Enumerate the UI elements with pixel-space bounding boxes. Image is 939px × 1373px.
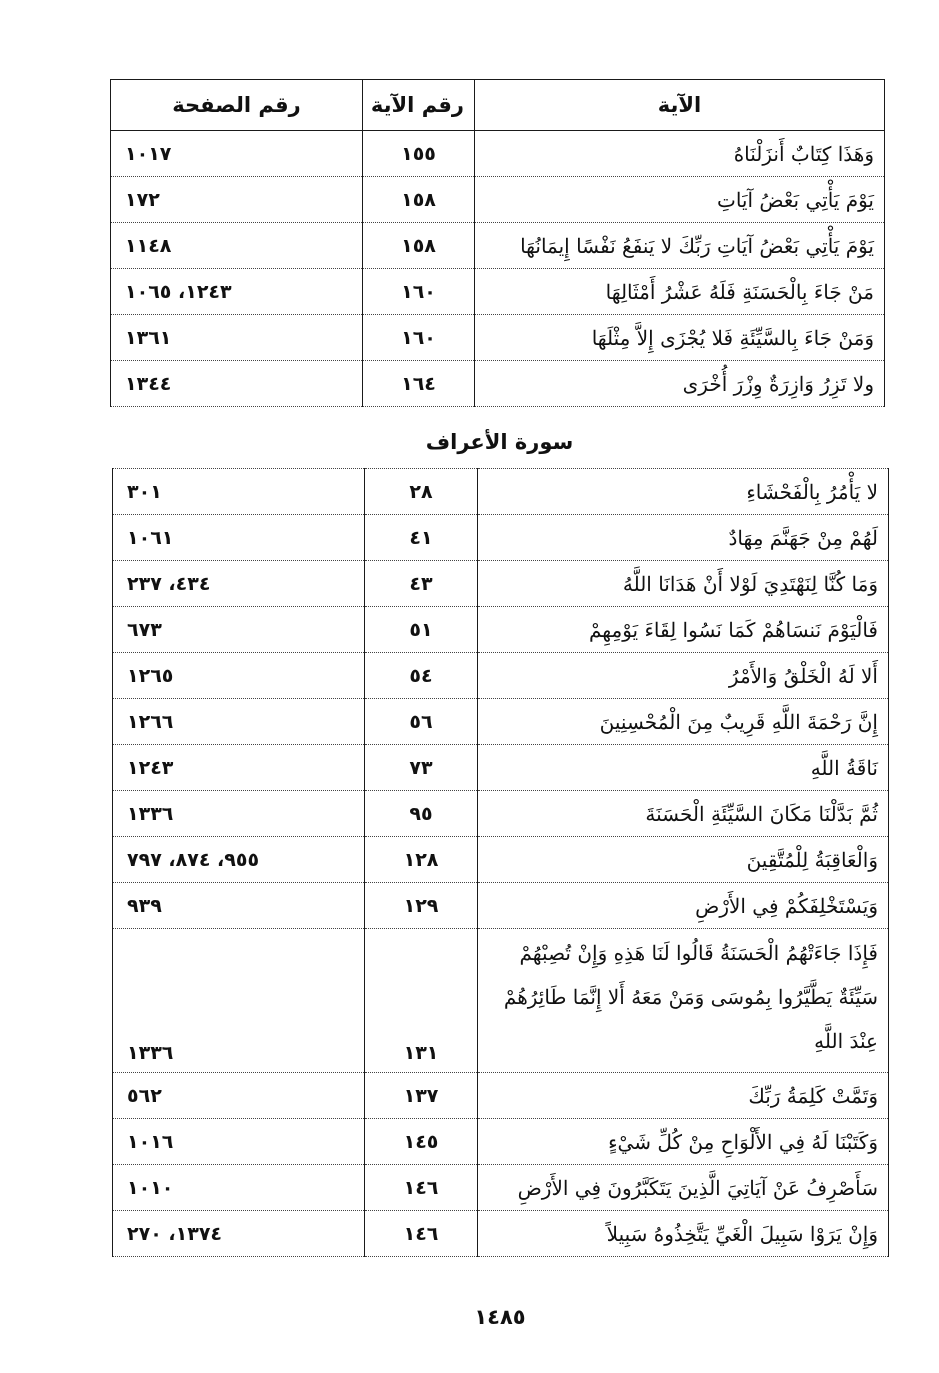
header-page-number: رقم الصفحة (111, 80, 363, 131)
table-row: مَنْ جَاءَ بِالْحَسَنَةِ فَلَهُ عَشْرُ أ… (111, 269, 885, 315)
verse-number: ١٥٨ (363, 177, 475, 223)
verse-number: ١٣٧ (365, 1073, 478, 1119)
verse-index-table-2: لا يَأْمُرُ بِالْفَحْشَاءِ ٢٨ ٣٠١ لَهُمْ… (112, 468, 889, 1257)
verse-text: نَاقَةُ اللَّهِ (478, 745, 889, 791)
verse-text: وَمَنْ جَاءَ بِالسَّيِّئَةِ فَلا يُجْزَى… (475, 315, 885, 361)
verse-number: ٥٤ (365, 653, 478, 699)
verse-text: لا يَأْمُرُ بِالْفَحْشَاءِ (478, 469, 889, 515)
verse-text: وَهَذَا كِتَابٌ أَنزَلْنَاهُ (475, 131, 885, 177)
verse-text: وَكَتَبْنَا لَهُ فِي الأَلْوَاحِ مِنْ كُ… (478, 1119, 889, 1165)
table-row: سَأَصْرِفُ عَنْ آيَاتِيَ الَّذِينَ يَتَك… (113, 1165, 889, 1211)
verse-text: ثُمَّ بَدَّلْنَا مَكَانَ السَّيِّئَةِ ال… (478, 791, 889, 837)
page-refs: ٩٥٥، ٨٧٤، ٧٩٧ (127, 849, 259, 871)
verse-number: ١٦٠ (363, 269, 475, 315)
verse-number: ١٦٠ (363, 315, 475, 361)
table-row: نَاقَةُ اللَّهِ ٧٣ ١٢٤٣ (113, 745, 889, 791)
verse-text: ولا تَزِرُ وَازِرَةٌ وِزْرَ أُخْرَى (475, 361, 885, 407)
verse-number: ٢٨ (365, 469, 478, 515)
table-row: يَوْمَ يَأْتِي بَعْضُ آيَاتِ رَبِّكَ لا … (111, 223, 885, 269)
header-verse-number: رقم الآية (363, 80, 475, 131)
verse-text: يَوْمَ يَأْتِي بَعْضُ آيَاتِ رَبِّكَ لا … (475, 223, 885, 269)
verse-text: وَيَسْتَخْلِفَكُمْ فِي الأَرْضِ (478, 883, 889, 929)
verse-text: فَإِذَا جَاءَتْهُمُ الْحَسَنَةُ قَالُوا … (478, 929, 889, 1073)
verse-text: يَوْمَ يَأْتِي بَعْضُ آيَاتِ (475, 177, 885, 223)
verse-number: ٧٣ (365, 745, 478, 791)
verse-text: وَتَمَّتْ كَلِمَةُ رَبِّكَ (478, 1073, 889, 1119)
verse-number: ١٢٨ (365, 837, 478, 883)
table-row: أَلا لَهُ الْخَلْقُ وَالأَمْرُ ٥٤ ١٢٦٥ (113, 653, 889, 699)
table-row: لَهُمْ مِنْ جَهَنَّمَ مِهَادٌ ٤١ ١٠٦١ (113, 515, 889, 561)
verse-text: وَالْعَاقِبَةُ لِلْمُتَّقِينَ (478, 837, 889, 883)
page-refs: ١٧٢ (125, 189, 160, 211)
page-refs: ١٠١٦ (127, 1131, 173, 1153)
page-refs: ١٢٦٥ (127, 665, 173, 687)
page-refs: ١١٤٨ (125, 235, 171, 257)
verse-number: ١٤٥ (365, 1119, 478, 1165)
page-refs: ١٣٧٤، ٢٧٠ (127, 1223, 222, 1245)
page-number: ١٤٨٥ (0, 1305, 939, 1329)
page-refs: ١٣٤٤ (125, 373, 171, 395)
table-row: ولا تَزِرُ وَازِرَةٌ وِزْرَ أُخْرَى ١٦٤ … (111, 361, 885, 407)
table-row: وَمَنْ جَاءَ بِالسَّيِّئَةِ فَلا يُجْزَى… (111, 315, 885, 361)
verse-number: ١٥٨ (363, 223, 475, 269)
table-row: فَإِذَا جَاءَتْهُمُ الْحَسَنَةُ قَالُوا … (113, 929, 889, 1073)
verse-text: لَهُمْ مِنْ جَهَنَّمَ مِهَادٌ (478, 515, 889, 561)
verse-number: ٩٥ (365, 791, 478, 837)
verse-number: ١٢٩ (365, 883, 478, 929)
verse-number: ١٣١ (365, 929, 478, 1073)
verse-text: سَأَصْرِفُ عَنْ آيَاتِيَ الَّذِينَ يَتَك… (478, 1165, 889, 1211)
table-row: إِنَّ رَحْمَةَ اللَّهِ قَرِيبٌ مِنَ الْم… (113, 699, 889, 745)
page-refs: ١٣٦١ (125, 327, 171, 349)
table-row: فَالْيَوْمَ نَنسَاهُمْ كَمَا نَسُوا لِقَ… (113, 607, 889, 653)
page-refs: ٥٦٢ (127, 1085, 162, 1107)
verse-text: أَلا لَهُ الْخَلْقُ وَالأَمْرُ (478, 653, 889, 699)
verse-index-table-1: الآية رقم الآية رقم الصفحة وَهَذَا كِتَا… (110, 79, 885, 407)
table-row: وَمَا كُنَّا لِنَهْتَدِيَ لَوْلا أَنْ هَ… (113, 561, 889, 607)
verse-number: ١٥٥ (363, 131, 475, 177)
table-row: لا يَأْمُرُ بِالْفَحْشَاءِ ٢٨ ٣٠١ (113, 469, 889, 515)
verse-number: ٤١ (365, 515, 478, 561)
table-row: ثُمَّ بَدَّلْنَا مَكَانَ السَّيِّئَةِ ال… (113, 791, 889, 837)
page-refs: ٣٠١ (127, 481, 162, 503)
verse-text: وَمَا كُنَّا لِنَهْتَدِيَ لَوْلا أَنْ هَ… (478, 561, 889, 607)
page-refs: ٦٧٣ (127, 619, 162, 641)
verse-number: ٤٣ (365, 561, 478, 607)
page-refs: ١٣٣٦ (127, 803, 173, 825)
page-refs: ١٣٣٦ (127, 1042, 173, 1064)
table-header-row: الآية رقم الآية رقم الصفحة (111, 80, 885, 131)
verse-text: فَالْيَوْمَ نَنسَاهُمْ كَمَا نَسُوا لِقَ… (478, 607, 889, 653)
verse-number: ٥٦ (365, 699, 478, 745)
table-row: وَكَتَبْنَا لَهُ فِي الأَلْوَاحِ مِنْ كُ… (113, 1119, 889, 1165)
page-refs: ١٢٤٣ (127, 757, 173, 779)
table-row: يَوْمَ يَأْتِي بَعْضُ آيَاتِ ١٥٨ ١٧٢ (111, 177, 885, 223)
page-refs: ١٢٦٦ (127, 711, 173, 733)
page-refs: ٤٣٤، ٢٣٧ (127, 573, 210, 595)
surah-title: سورة الأعراف (0, 430, 939, 454)
table-row: وَتَمَّتْ كَلِمَةُ رَبِّكَ ١٣٧ ٥٦٢ (113, 1073, 889, 1119)
page-refs: ١٢٤٣، ١٠٦٥ (125, 281, 232, 303)
header-verse: الآية (475, 80, 885, 131)
verse-text: وَإِنْ يَرَوْا سَبِيلَ الْغَيِّ يَتَّخِذ… (478, 1211, 889, 1257)
table-row: وَيَسْتَخْلِفَكُمْ فِي الأَرْضِ ١٢٩ ٩٣٩ (113, 883, 889, 929)
table-row: وَهَذَا كِتَابٌ أَنزَلْنَاهُ ١٥٥ ١٠١٧ (111, 131, 885, 177)
verse-number: ١٦٤ (363, 361, 475, 407)
page-refs: ٩٣٩ (127, 895, 162, 917)
verse-number: ١٤٦ (365, 1165, 478, 1211)
table-row: وَإِنْ يَرَوْا سَبِيلَ الْغَيِّ يَتَّخِذ… (113, 1211, 889, 1257)
verse-number: ١٤٦ (365, 1211, 478, 1257)
page-refs: ١٠١٠ (127, 1177, 173, 1199)
verse-text: إِنَّ رَحْمَةَ اللَّهِ قَرِيبٌ مِنَ الْم… (478, 699, 889, 745)
verse-text: مَنْ جَاءَ بِالْحَسَنَةِ فَلَهُ عَشْرُ أ… (475, 269, 885, 315)
table-row: وَالْعَاقِبَةُ لِلْمُتَّقِينَ ١٢٨ ٩٥٥، ٨… (113, 837, 889, 883)
page-refs: ١٠٦١ (127, 527, 173, 549)
page-refs: ١٠١٧ (125, 143, 171, 165)
verse-number: ٥١ (365, 607, 478, 653)
